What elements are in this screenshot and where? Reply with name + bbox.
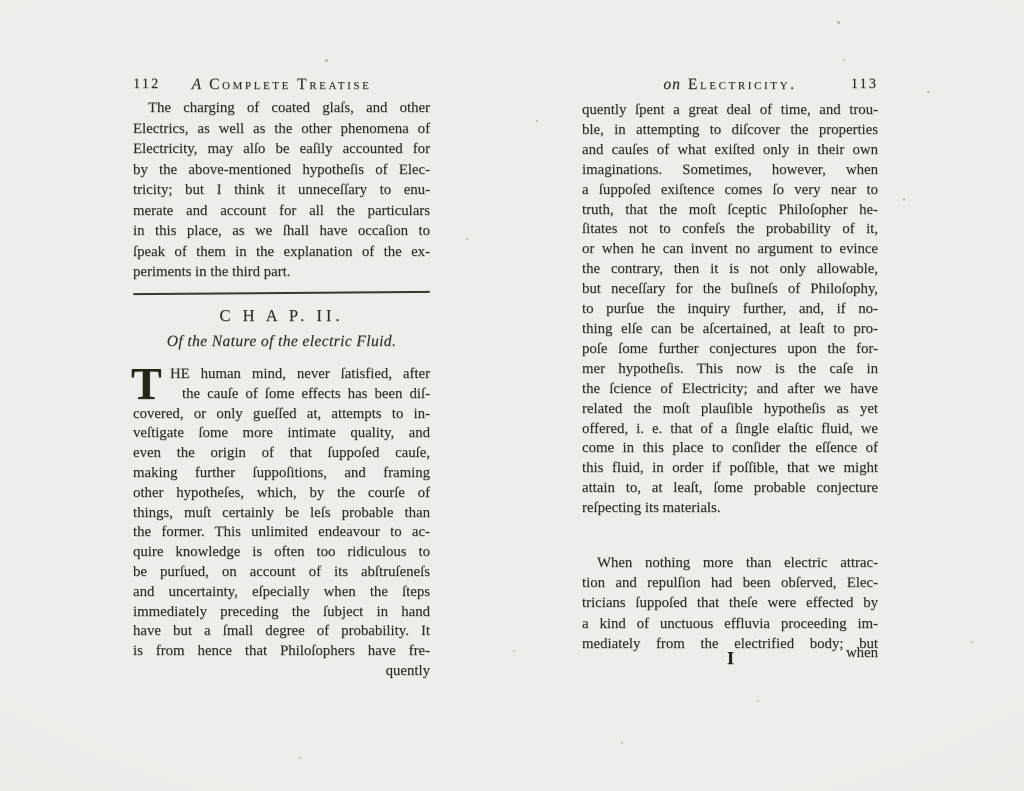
text-line: thing elſe can be aſcertained, at leaſt … bbox=[582, 320, 878, 340]
noise-speck bbox=[325, 59, 328, 62]
noise-speck bbox=[927, 91, 930, 93]
text-line: but neceſſary for the buſineſs of Philoſ… bbox=[582, 280, 878, 300]
text-line: truth, that the moſt ſceptic Philoſopher… bbox=[582, 201, 878, 221]
text-line: is from hence that Philoſophers have fre… bbox=[133, 642, 430, 662]
text-line: related the moſt plauſible hypotheſis as… bbox=[582, 400, 878, 420]
text-line: come in this place to conſider the eſſen… bbox=[582, 439, 878, 459]
right-catchword: when bbox=[582, 645, 878, 662]
text-line: quire knowledge is often too ridiculous … bbox=[133, 543, 430, 563]
running-title-article: A bbox=[192, 76, 202, 93]
text-line: a kind of unctuous effluvia proceeding i… bbox=[582, 614, 878, 634]
text-line: When nothing more than electric attrac- bbox=[582, 553, 878, 573]
text-line: ſpeak of them in the explanation of the … bbox=[133, 242, 430, 263]
text-line: or when he can invent no argument to evi… bbox=[582, 240, 878, 260]
text-line: quently ſpent a great deal of time, and … bbox=[582, 101, 878, 121]
text-line: a ſuppoſed exiſtence comes ſo very near … bbox=[582, 181, 878, 201]
text-line: and cauſes of what exiſted only in their… bbox=[582, 141, 878, 161]
noise-speck bbox=[903, 198, 905, 201]
text-line: attain to, at leaſt, ſome probable conje… bbox=[582, 479, 878, 499]
text-line: be purſued, on account of its abſtruſene… bbox=[133, 563, 430, 583]
text-line: merate and account for all the particula… bbox=[133, 201, 430, 222]
text-line: to purſue the inquiry further, and, if n… bbox=[582, 300, 878, 320]
text-line: tricians ſuppoſed that theſe were effect… bbox=[582, 593, 878, 613]
noise-speck bbox=[513, 650, 515, 652]
text-line: the ſcience of Electricity; and after we… bbox=[582, 380, 878, 400]
left-catchword: quently bbox=[133, 663, 430, 680]
text-line: the contrary, then it is not only allowa… bbox=[582, 260, 878, 280]
running-title-text: Electricity. bbox=[688, 76, 797, 93]
text-line: and uncertainty, eſpecially when the ſte… bbox=[133, 583, 430, 603]
text-line: HE human mind, never ſatisfied, after bbox=[170, 365, 430, 385]
right-running-head: onElectricity. 113 bbox=[582, 76, 878, 94]
text-line: poſe ſome further conjectures upon the f… bbox=[582, 340, 878, 360]
text-line: offered, i. e. that of a ſingle elaſtic … bbox=[582, 420, 878, 440]
left-page-number: 112 bbox=[133, 76, 160, 93]
text-line: ſitates not to confeſs the probability o… bbox=[582, 220, 878, 240]
text-line: The charging of coated glaſs, and other bbox=[133, 98, 430, 119]
left-running-title: AComplete Treatise bbox=[192, 76, 372, 94]
text-line: tion and repulſion had been obſerved, El… bbox=[582, 573, 878, 593]
text-line: Electricity, may alſo be eaſily accounte… bbox=[133, 139, 430, 160]
text-line: the cauſe of ſome effects has been diſ- bbox=[182, 385, 430, 405]
book-scan-background: 112 AComplete Treatise The charging of c… bbox=[0, 0, 1024, 791]
right-running-title: onElectricity. bbox=[663, 76, 796, 94]
right-paragraph-1: quently ſpent a great deal of time, and … bbox=[582, 101, 878, 519]
text-line: covered, or only gueſſed at, attempts to… bbox=[133, 405, 430, 425]
left-paragraph-1: The charging of coated glaſs, and otherE… bbox=[133, 98, 430, 283]
text-line: Electrics, as well as the other phenomen… bbox=[133, 119, 430, 140]
noise-speck bbox=[837, 21, 840, 24]
running-title-preposition: on bbox=[663, 76, 681, 93]
text-line: this fluid, in order if poſſible, that w… bbox=[582, 459, 878, 479]
text-line: by the above-mentioned hypotheſis of Ele… bbox=[133, 160, 430, 181]
noise-speck bbox=[971, 641, 973, 643]
noise-speck bbox=[621, 742, 623, 744]
text-line: tricity; but I think it unneceſſary to e… bbox=[133, 180, 430, 201]
text-line: periments in the third part. bbox=[133, 262, 430, 283]
chapter-subtitle: Of the Nature of the electric Fluid. bbox=[133, 333, 430, 351]
text-line: veſtigate ſome more intimate quality, an… bbox=[133, 424, 430, 444]
text-line: things, muſt certainly be leſs probable … bbox=[133, 504, 430, 524]
left-running-head: 112 AComplete Treatise bbox=[133, 76, 430, 94]
text-line: in this place, as we ſhall have occaſion… bbox=[133, 221, 430, 242]
left-paragraph-2: HE human mind, never ſatisfied, afterthe… bbox=[133, 365, 430, 662]
noise-speck bbox=[536, 120, 538, 122]
running-title-text: Complete Treatise bbox=[209, 76, 371, 93]
text-line: making further ſuppoſitions, and framing bbox=[133, 464, 430, 484]
noise-speck bbox=[299, 757, 301, 759]
text-line: other hypotheſes, which, by the courſe o… bbox=[133, 484, 430, 504]
text-line: have but a ſmall degree of probability. … bbox=[133, 622, 430, 642]
text-line: immediately preceding the ſubject in han… bbox=[133, 603, 430, 623]
text-line: ble, in attempting to diſcover the prope… bbox=[582, 121, 878, 141]
noise-speck bbox=[757, 700, 759, 702]
right-paragraph-2: When nothing more than electric attrac-t… bbox=[582, 553, 878, 654]
noise-speck bbox=[466, 238, 468, 240]
text-line: even the origin of that ſuppoſed cauſe, bbox=[133, 444, 430, 464]
text-line: mer hypotheſis. This now is the caſe in bbox=[582, 360, 878, 380]
right-page-number: 113 bbox=[851, 76, 878, 93]
noise-speck bbox=[843, 59, 845, 61]
chapter-heading: C H A P. II. bbox=[133, 306, 430, 326]
chapter-divider-rule bbox=[133, 291, 430, 295]
text-line: the former. This unlimited endeavour to … bbox=[133, 523, 430, 543]
text-line: reſpecting its materials. bbox=[582, 499, 878, 519]
text-line: imaginations. Sometimes, however, when bbox=[582, 161, 878, 181]
